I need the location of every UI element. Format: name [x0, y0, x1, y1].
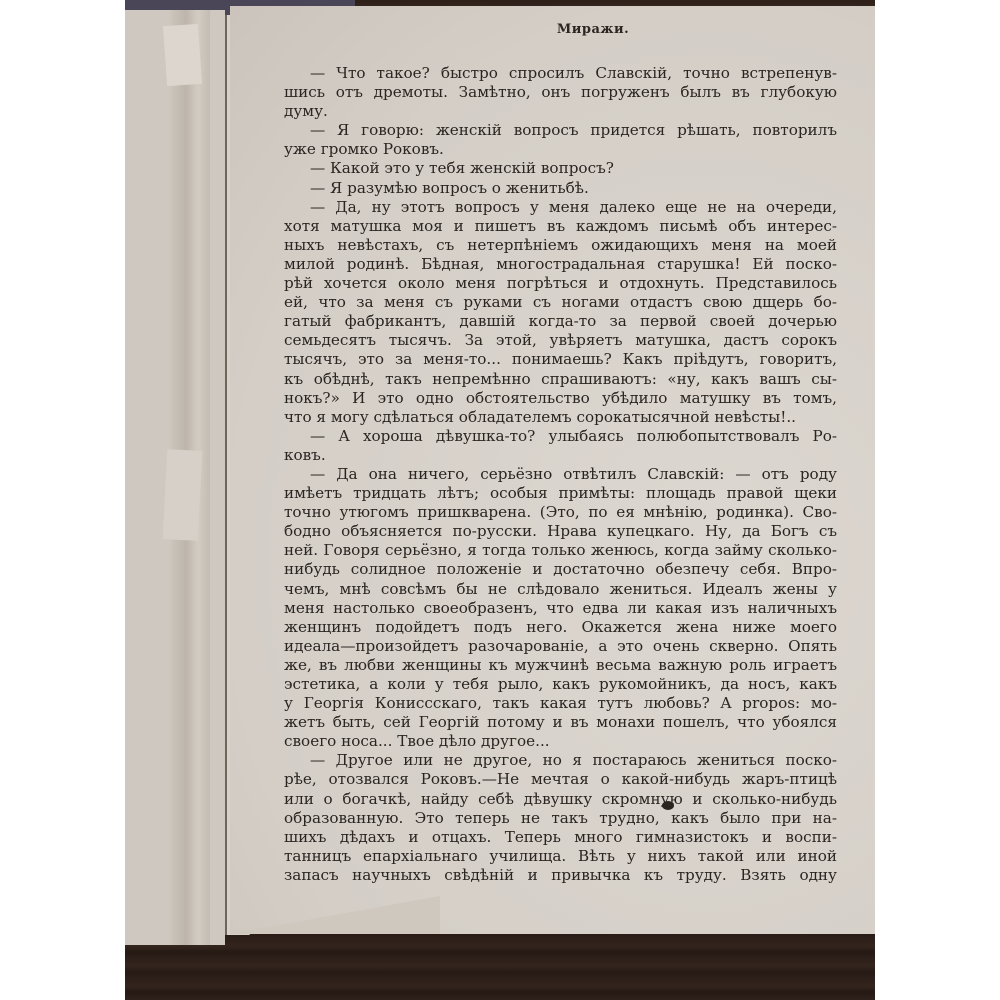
text-line: точно утюгомъ пришкварена. (Это, по ея м… [284, 503, 837, 522]
text-line: — Другое или не другое, но я постараюсь … [284, 751, 837, 770]
text-line: рѣй хочется около меня погрѣться и отдох… [284, 274, 837, 293]
text-line: нокъ?» И это одно обстоятельство убѣдило… [284, 389, 837, 408]
text-line: семьдесятъ тысячъ. За этой, увѣряетъ мат… [284, 331, 837, 350]
text-line: рѣе, отозвался Роковъ.—Не мечтая о какой… [284, 770, 837, 789]
text-line: своего носа... Твое дѣло другое... [284, 732, 837, 751]
text-line: тысячъ, это за меня-то... понимаешь? Как… [284, 350, 837, 369]
text-line: чемъ, мнѣ совсѣмъ бы не слѣдовало женить… [284, 580, 837, 599]
book-photo: Миражи. 13 — Что такое? быстро спросилъ … [125, 0, 875, 1000]
text-line: или о богачкѣ, найду себѣ дѣвушку скромн… [284, 790, 837, 809]
folded-corner [230, 896, 440, 934]
text-line: бодно объясняется по-русски. Нрава купец… [284, 522, 837, 541]
torn-paper-fragment [163, 449, 203, 541]
text-line: ныхъ невѣстахъ, съ нетерпѣніемъ ожидающи… [284, 236, 837, 255]
text-line: ковъ. [284, 446, 837, 465]
page-text: — Что такое? быстро спросилъ Славскій, т… [284, 64, 837, 885]
text-line: — Что такое? быстро спросилъ Славскій, т… [284, 64, 837, 83]
text-line: нибудь солидное положеніе и достаточно о… [284, 560, 837, 579]
text-line: хотя матушка моя и пишетъ въ каждомъ пис… [284, 217, 837, 236]
text-line: шихъ дѣдахъ и отцахъ. Теперь много гимна… [284, 828, 837, 847]
text-line: ней. Говоря серьёзно, я тогда только жен… [284, 541, 837, 560]
text-line: думу. [284, 102, 837, 121]
text-line: же, въ любви женщины къ мужчинѣ весьма в… [284, 656, 837, 675]
text-line: запасъ научныхъ свѣдѣній и привычка къ т… [284, 866, 837, 885]
text-line: что я могу сдѣлаться обладателемъ сорока… [284, 408, 837, 427]
text-line: шись отъ дремоты. Замѣтно, онъ погруженъ… [284, 83, 837, 102]
text-line: — Да она ничего, серьёзно отвѣтилъ Славс… [284, 465, 837, 484]
text-line: женщинъ подойдетъ подъ него. Окажется же… [284, 618, 837, 637]
text-line: имѣетъ тридцать лѣтъ; особыя примѣты: пл… [284, 484, 837, 503]
text-line: танницъ епархіальнаго училища. Вѣть у ни… [284, 847, 837, 866]
text-line: — А хороша дѣвушка-то? улыбаясь полюбопы… [284, 427, 837, 446]
text-line: гатый фабрикантъ, давшій когда-то за пер… [284, 312, 837, 331]
text-line: у Георгія Кониссскаго, такъ какая тутъ л… [284, 694, 837, 713]
running-title: Миражи. [358, 22, 828, 37]
text-line: жетъ быть, сей Георгій потому и въ монах… [284, 713, 837, 732]
left-page-torn-edges [125, 10, 225, 945]
text-line: — Я разумѣю вопросъ о женитьбѣ. [284, 179, 837, 198]
ink-blot [662, 801, 674, 810]
text-line: милой родинѣ. Бѣдная, многострадальная с… [284, 255, 837, 274]
text-line: ей, что за меня съ руками съ ногами отда… [284, 293, 837, 312]
text-line: — Я говорю: женскій вопросъ придется рѣш… [284, 121, 837, 140]
text-line: эстетика, а коли у тебя рыло, какъ руком… [284, 675, 837, 694]
text-line: меня настолько своеобразенъ, что едва ли… [284, 599, 837, 618]
text-line: образованную. Это теперь не такъ трудно,… [284, 809, 837, 828]
torn-paper-fragment [163, 24, 202, 86]
text-line: — Какой это у тебя женскій вопросъ? [284, 159, 837, 178]
text-line: уже громко Роковъ. [284, 140, 837, 159]
right-page: Миражи. 13 — Что такое? быстро спросилъ … [230, 6, 875, 934]
text-line: идеала—произойдетъ разочарованіе, а это … [284, 637, 837, 656]
text-line: — Да, ну этотъ вопросъ у меня далеко еще… [284, 198, 837, 217]
text-line: къ обѣднѣ, такъ непремѣнно спрашиваютъ: … [284, 370, 837, 389]
